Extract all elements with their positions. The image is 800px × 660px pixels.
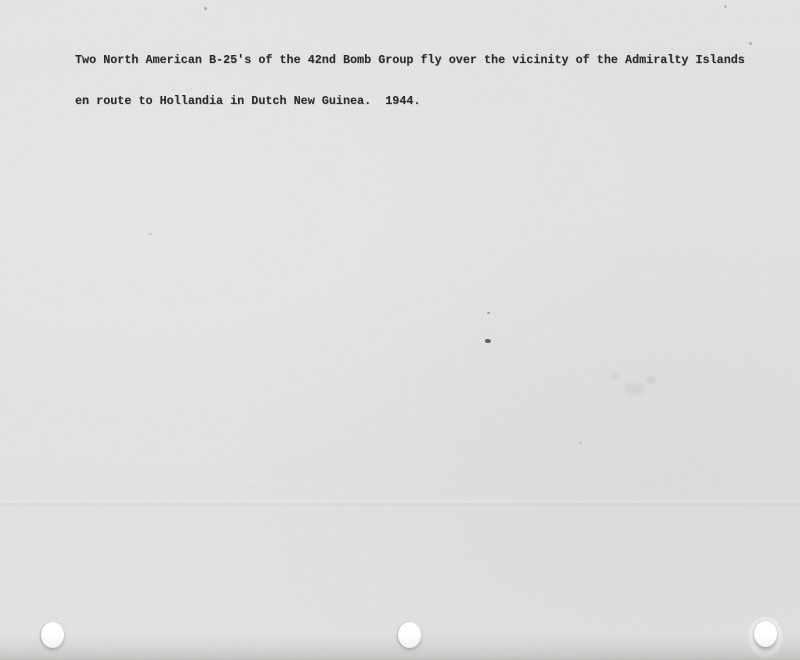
paper-speck (579, 441, 582, 444)
paper-speck (204, 7, 207, 10)
paper-speck (724, 5, 727, 8)
punch-hole (754, 621, 777, 647)
punch-hole (398, 622, 421, 648)
caption-line: Two North American B-25's of the 42nd Bo… (75, 54, 745, 68)
punch-hole (41, 622, 64, 648)
paper-speck (148, 233, 152, 235)
paper-speck (487, 312, 490, 314)
paper-smudge (646, 376, 656, 384)
caption: Two North American B-25's of the 42nd Bo… (75, 27, 745, 136)
paper-crease (0, 499, 800, 507)
scanned-document-page: Two North American B-25's of the 42nd Bo… (0, 0, 800, 660)
paper-smudge (625, 383, 645, 395)
paper-speck (749, 42, 752, 45)
paper-smudge (610, 373, 620, 380)
caption-line: en route to Hollandia in Dutch New Guine… (75, 95, 745, 109)
paper-speck (485, 339, 491, 343)
